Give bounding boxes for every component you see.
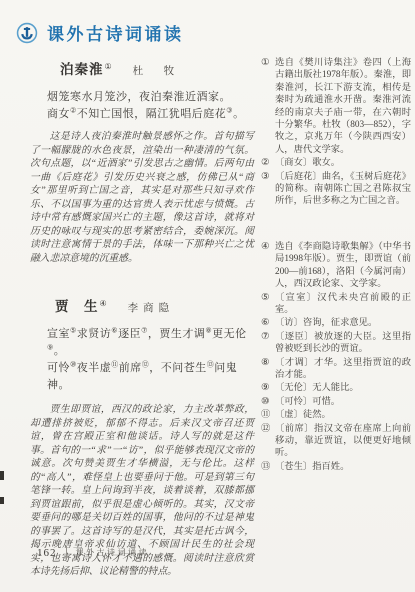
poem1-commentary: 这是诗人夜泊秦淮时触景感怀之作。首句描写了一幅朦胧的水色夜景，渲染出一种凄清的气… — [30, 130, 254, 265]
annotation-item: ① 选自《樊川诗集注》卷四（上海古籍出版社1978年版）。秦淮，即秦淮河，长江下… — [261, 57, 411, 156]
annotation-item: ⑫ 〔前席〕指汉文帝在座席上向前移动，靠近贾谊，以便更好地倾听。 — [261, 423, 411, 460]
poem1-heading: 泊秦淮① 杜 牧 — [60, 58, 254, 78]
main-column: 泊秦淮① 杜 牧 烟笼寒水月笼沙，夜泊秦淮近酒家。 商女②不知亡国恨，隔江犹唱后… — [30, 58, 254, 579]
poem1-author: 杜 牧 — [133, 63, 180, 78]
annotation-text: 〔才调〕才华。这里指贾谊的政治才能。 — [275, 357, 411, 382]
annotation-text: 〔无伦〕无人能比。 — [275, 382, 411, 394]
annotation-number: ⑨ — [261, 382, 275, 394]
textbook-page: 课外古诗词诵读 泊秦淮① 杜 牧 烟笼寒水月笼沙，夜泊秦淮近酒家。 商女②不知亡… — [0, 0, 415, 592]
annotation-number: ⑫ — [261, 423, 275, 460]
annotation-item: ⑩ 〔可怜〕可惜。 — [261, 396, 411, 408]
scan-edge-mark — [0, 497, 4, 504]
scan-edge-mark — [0, 471, 4, 480]
annotation-text: 〔前席〕指汉文帝在座席上向前移动，靠近贾谊，以便更好地倾听。 — [275, 423, 411, 460]
annotation-number: ⑩ — [261, 396, 275, 408]
annotation-text: 〔宣室〕汉代未央宫前殿的正室。 — [275, 292, 411, 317]
annotation-item: ② 〔商女〕歌女。 — [261, 157, 411, 169]
poem1-line: 商女②不知亡国恨，隔江犹唱后庭花③。 — [47, 106, 254, 123]
annotation-number: ⑧ — [261, 357, 275, 382]
annotation-number: ④ — [261, 241, 275, 291]
anchor-badge-icon — [16, 22, 38, 44]
annotation-text: 选自《李商隐诗歌集解》（中华书局1998年版）。贾生，即贾谊（前200—前168… — [275, 241, 411, 291]
annotation-text: 〔可怜〕可惜。 — [275, 396, 411, 408]
page-number: 162 — [37, 547, 57, 559]
annotation-item: ⑬ 〔苍生〕指百姓。 — [261, 461, 411, 473]
annotation-text: 〔苍生〕指百姓。 — [275, 461, 411, 473]
annotation-item: ③ 〔后庭花〕曲名，《玉树后庭花》的简称。南朝陈亡国之君陈叔宝所作，后世多称之为… — [261, 171, 411, 208]
annotation-item: ⑦ 〔逐臣〕被放逐的大臣。这里指曾被贬到长沙的贾谊。 — [261, 331, 411, 356]
annotation-text: 〔后庭花〕曲名，《玉树后庭花》的简称。南朝陈亡国之君陈叔宝所作，后世多称之为亡国… — [275, 171, 411, 208]
annotation-number: ⑦ — [261, 331, 275, 356]
annotation-number: ② — [261, 157, 275, 169]
poem2-line: 宣室⑤求贤访⑥逐臣⑦，贾生才调⑧更无伦⑨。 — [47, 326, 254, 360]
annotation-number: ⑬ — [261, 461, 275, 473]
poem1-annotations: ① 选自《樊川诗集注》卷四（上海古籍出版社1978年版）。秦淮，即秦淮河，长江下… — [261, 57, 411, 208]
annotation-number: ③ — [261, 171, 275, 208]
annotation-text: 〔虚〕徒然。 — [275, 409, 411, 421]
annotation-number: ⑤ — [261, 292, 275, 317]
poem1-title-note-ref: ① — [105, 62, 113, 71]
poem1-line: 烟笼寒水月笼沙，夜泊秦淮近酒家。 — [47, 89, 254, 106]
poem2-title: 贾 生④ — [55, 295, 108, 315]
poem2-author: 李商隐 — [128, 300, 175, 315]
annotation-text: 〔逐臣〕被放逐的大臣。这里指曾被贬到长沙的贾谊。 — [275, 331, 411, 356]
annotation-item: ⑥ 〔访〕咨询，征求意见。 — [261, 317, 411, 329]
poem1-title: 泊秦淮① — [60, 58, 113, 78]
poem2-annotations: ④ 选自《李商隐诗歌集解》（中华书局1998年版）。贾生，即贾谊（前200—前1… — [261, 241, 411, 473]
annotation-item: ⑧ 〔才调〕才华。这里指贾谊的政治才能。 — [261, 357, 411, 382]
annotation-number: ⑥ — [261, 317, 275, 329]
poem2-text: 宣室⑤求贤访⑥逐臣⑦，贾生才调⑧更无伦⑨。 可怜⑩夜半虚⑪前席⑫，不问苍生⑬问鬼… — [47, 326, 254, 394]
annotation-text: 〔访〕咨询，征求意见。 — [275, 317, 411, 329]
poem1-text: 烟笼寒水月笼沙，夜泊秦淮近酒家。 商女②不知亡国恨，隔江犹唱后庭花③。 — [47, 89, 254, 123]
footer-section-label: 课外古诗词诵读 — [76, 547, 150, 558]
annotation-number: ① — [261, 57, 275, 156]
section-title: 课外古诗词诵读 — [47, 20, 184, 45]
poem2-heading: 贾 生④ 李商隐 — [55, 295, 254, 315]
annotation-item: ⑤ 〔宣室〕汉代未央宫前殿的正室。 — [261, 292, 411, 317]
annotation-item: ⑨ 〔无伦〕无人能比。 — [261, 382, 411, 394]
annotations-column: ① 选自《樊川诗集注》卷四（上海古籍出版社1978年版）。秦淮，即秦淮河，长江下… — [261, 57, 411, 474]
annotation-number: ⑪ — [261, 409, 275, 421]
annotation-text: 〔商女〕歌女。 — [275, 157, 411, 169]
footer-divider — [66, 546, 67, 559]
poem2-line: 可怜⑩夜半虚⑪前席⑫，不问苍生⑬问鬼神。 — [47, 360, 254, 394]
poem2-title-note-ref: ④ — [100, 299, 108, 308]
annotation-text: 选自《樊川诗集注》卷四（上海古籍出版社1978年版）。秦淮，即秦淮河，长江下游支… — [275, 57, 411, 156]
annotation-item: ⑪ 〔虚〕徒然。 — [261, 409, 411, 421]
section-header: 课外古诗词诵读 — [16, 20, 184, 45]
page-footer: 162 课外古诗词诵读 — [37, 546, 149, 559]
annotation-item: ④ 选自《李商隐诗歌集解》（中华书局1998年版）。贾生，即贾谊（前200—前1… — [261, 241, 411, 291]
